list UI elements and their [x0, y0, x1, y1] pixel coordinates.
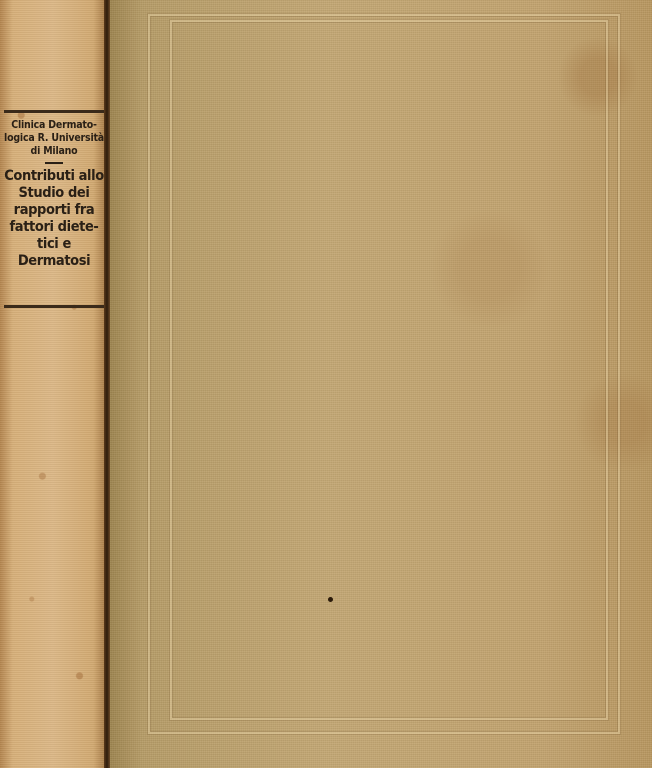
spine-title-line: fattori diete-	[4, 219, 104, 236]
spine-title-line: tici e	[4, 236, 104, 253]
spine-institution-line: di Milano	[4, 145, 104, 158]
spine-title: Contributi allo Studio dei rapporti fra …	[4, 168, 104, 270]
spine-institution: Clinica Dermato- logica R. Università di…	[4, 119, 104, 158]
spine-institution-line: logica R. Università	[4, 132, 104, 145]
spine-divider	[45, 162, 63, 164]
cover-frame-inner	[170, 20, 608, 720]
spine-label: Clinica Dermato- logica R. Università di…	[4, 110, 104, 308]
spine-title-line: Studio dei	[4, 185, 104, 202]
spine-title-line: Dermatosi	[4, 253, 104, 270]
spine-title-line: Contributi allo	[4, 168, 104, 185]
book-spine: Clinica Dermato- logica R. Università di…	[0, 0, 106, 768]
spine-institution-line: Clinica Dermato-	[4, 119, 104, 132]
spine-title-line: rapporti fra	[4, 202, 104, 219]
cover-blemish	[328, 597, 333, 602]
book-photo: Clinica Dermato- logica R. Università di…	[0, 0, 652, 768]
